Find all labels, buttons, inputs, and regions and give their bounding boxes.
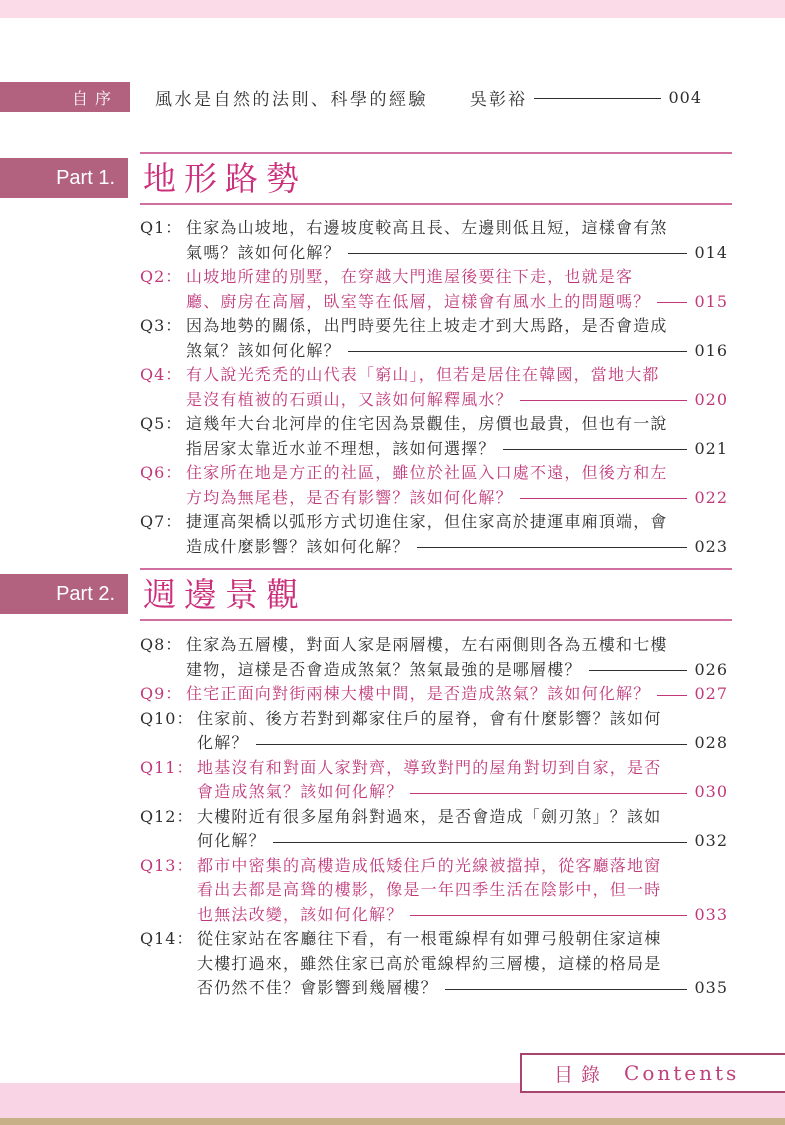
question-label: Q14： (140, 927, 193, 952)
question-item: Q7：捷運高架橋以弧形方式切進住家，但住家高於捷運車廂頂端，會造成什麼影響？該如… (140, 510, 728, 559)
page-number: 035 (694, 976, 728, 1001)
leader-line (503, 449, 688, 450)
question-text-line: 是沒有植被的石頭山，又該如何解釋風水？020 (140, 388, 728, 413)
question-text: 建物，這樣是否會造成煞氣？煞氣最強的是哪層樓？ (186, 658, 582, 683)
question-item: Q14：從住家站在客廳往下看，有一根電線桿有如彈弓般朝住家這棟大樓打過來，雖然住… (140, 927, 728, 1001)
bottom-edge-strip (0, 1118, 785, 1125)
question-item: Q8：住家為五層樓，對面人家是兩層樓，左右兩側則各為五樓和七樓建物，這樣是否會造… (140, 633, 728, 682)
leader-line (589, 670, 688, 671)
question-label: Q8： (140, 633, 182, 658)
question-text: 氣嗎？該如何化解？ (186, 241, 341, 266)
question-text-line: 住家前、後方若對到鄰家住戶的屋脊，會有什麼影響？該如何 (140, 707, 728, 732)
contents-title-zh: 目錄 (554, 1060, 608, 1087)
question-text-line: 建物，這樣是否會造成煞氣？煞氣最強的是哪層樓？026 (140, 658, 728, 683)
leader-line (534, 98, 661, 99)
question-label: Q1： (140, 216, 182, 241)
part-title: 週邊景觀 (143, 574, 307, 614)
question-text: 否仍然不佳？會影響到幾層樓？ (197, 976, 438, 1001)
page-number: 016 (694, 339, 728, 364)
question-text: 化解？ (197, 731, 249, 756)
leader-line (657, 302, 687, 303)
part-label-bar: Part 1. (0, 158, 128, 198)
question-label: Q13： (140, 854, 193, 879)
question-label: Q2： (140, 265, 182, 290)
question-text-line: 大樓附近有很多屋角斜對過來，是否會造成「劍刃煞」？該如 (140, 805, 728, 830)
question-text-line: 方均為無尾巷，是否有影響？該如何化解？022 (140, 486, 728, 511)
question-label: Q11： (140, 756, 193, 781)
divider-line (140, 203, 732, 205)
preface-title: 風水是自然的法則、科學的經驗 (155, 85, 428, 110)
preface-content: 風水是自然的法則、科學的經驗 吳彰裕 004 (155, 82, 702, 112)
question-item: Q4：有人說光禿禿的山代表「窮山」，但若是居住在韓國，當地大都是沒有植被的石頭山… (140, 363, 728, 412)
question-text-line: 化解？028 (140, 731, 728, 756)
question-text: 住宅正面向對街兩棟大樓中間，是否造成煞氣？該如何化解？ (186, 682, 650, 707)
page-number: 032 (694, 829, 728, 854)
question-text: 造成什麼影響？該如何化解？ (186, 535, 410, 560)
leader-line (520, 400, 688, 401)
question-label: Q10： (140, 707, 193, 732)
question-item: Q13：都市中密集的高樓造成低矮住戶的光線被擋掉，從客廳落地窗看出去都是高聳的樓… (140, 854, 728, 928)
leader-line (348, 253, 688, 254)
question-text-line: 捷運高架橋以弧形方式切進住家，但住家高於捷運車廂頂端，會 (140, 510, 728, 535)
question-label: Q9： (140, 682, 182, 707)
question-text-line: 氣嗎？該如何化解？014 (140, 241, 728, 266)
contents-title-en: Contents (624, 1061, 739, 1085)
part-title: 地形路勢 (143, 158, 307, 198)
question-text: 指居家太靠近水並不理想，該如何選擇？ (186, 437, 496, 462)
question-text-line: 也無法改變，該如何化解？033 (140, 903, 728, 928)
contents-box: 目錄 Contents (520, 1053, 785, 1093)
page-number: 022 (694, 486, 728, 511)
question-text-line: 住宅正面向對街兩棟大樓中間，是否造成煞氣？該如何化解？027 (140, 682, 728, 707)
question-text: 煞氣？該如何化解？ (186, 339, 341, 364)
question-text-line: 因為地勢的關係，出門時要先往上坡走才到大馬路，是否會造成 (140, 314, 728, 339)
question-text-line: 大樓打過來，雖然住家已高於電線桿約三層樓，這樣的格局是 (140, 952, 728, 977)
question-label: Q3： (140, 314, 182, 339)
question-item: Q11：地基沒有和對面人家對齊，導致對門的屋角對切到自家，是否會造成煞氣？該如何… (140, 756, 728, 805)
page-number: 014 (694, 241, 728, 266)
leader-line (520, 498, 688, 499)
question-text: 也無法改變，該如何化解？ (197, 903, 403, 928)
preface-label-bar: 自序 (0, 82, 130, 112)
question-text-line: 指居家太靠近水並不理想，該如何選擇？021 (140, 437, 728, 462)
page-number: 028 (694, 731, 728, 756)
page-number: 033 (694, 903, 728, 928)
question-text: 何化解？ (197, 829, 266, 854)
part-label-bar: Part 2. (0, 574, 128, 614)
page-number: 026 (694, 658, 728, 683)
question-item: Q3：因為地勢的關係，出門時要先往上坡走才到大馬路，是否會造成煞氣？該如何化解？… (140, 314, 728, 363)
part-label: Part 2. (56, 583, 128, 606)
question-label: Q6： (140, 461, 182, 486)
question-text-line: 造成什麼影響？該如何化解？023 (140, 535, 728, 560)
question-text: 是沒有植被的石頭山，又該如何解釋風水？ (186, 388, 513, 413)
question-text-line: 有人說光禿禿的山代表「窮山」，但若是居住在韓國，當地大都 (140, 363, 728, 388)
question-item: Q1：住家為山坡地，右邊坡度較高且長、左邊則低且短，這樣會有煞氣嗎？該如何化解？… (140, 216, 728, 265)
part-label: Part 1. (56, 167, 128, 190)
question-text-line: 住家為五層樓，對面人家是兩層樓，左右兩側則各為五樓和七樓 (140, 633, 728, 658)
question-text-line: 地基沒有和對面人家對齊，導致對門的屋角對切到自家，是否 (140, 756, 728, 781)
question-item: Q10：住家前、後方若對到鄰家住戶的屋脊，會有什麼影響？該如何化解？028 (140, 707, 728, 756)
page-number: 020 (694, 388, 728, 413)
preface-page-number: 004 (668, 88, 702, 107)
question-text-line: 山坡地所建的別墅，在穿越大門進屋後要往下走，也就是客 (140, 265, 728, 290)
question-text-line: 會造成煞氣？該如何化解？030 (140, 780, 728, 805)
toc-page: 自序 風水是自然的法則、科學的經驗 吳彰裕 004 Part 1.地形路勢Q1：… (0, 0, 785, 1125)
page-number: 027 (694, 682, 728, 707)
question-item: Q5：這幾年大台北河岸的住宅因為景觀佳，房價也最貴，但也有一說指居家太靠近水並不… (140, 412, 728, 461)
question-label: Q5： (140, 412, 182, 437)
top-decoration-band (0, 0, 785, 18)
question-text-line: 從住家站在客廳往下看，有一根電線桿有如彈弓般朝住家這棟 (140, 927, 728, 952)
question-text-line: 都市中密集的高樓造成低矮住戶的光線被擋掉，從客廳落地窗 (140, 854, 728, 879)
divider-line (140, 568, 732, 570)
question-text-line: 廳、廚房在高層，臥室等在低層，這樣會有風水上的問題嗎？015 (140, 290, 728, 315)
question-item: Q6：住家所在地是方正的社區，雖位於社區入口處不遠，但後方和左方均為無尾巷，是否… (140, 461, 728, 510)
question-item: Q9：住宅正面向對街兩棟大樓中間，是否造成煞氣？該如何化解？027 (140, 682, 728, 707)
leader-line (657, 695, 687, 696)
divider-line (140, 619, 732, 621)
page-number: 030 (694, 780, 728, 805)
question-list: Q1：住家為山坡地，右邊坡度較高且長、左邊則低且短，這樣會有煞氣嗎？該如何化解？… (140, 216, 728, 559)
divider-line (140, 152, 732, 154)
question-text: 會造成煞氣？該如何化解？ (197, 780, 403, 805)
leader-line (417, 547, 688, 548)
question-text-line: 住家為山坡地，右邊坡度較高且長、左邊則低且短，這樣會有煞 (140, 216, 728, 241)
question-label: Q12： (140, 805, 193, 830)
leader-line (410, 915, 687, 916)
preface-entry: 自序 風水是自然的法則、科學的經驗 吳彰裕 004 (0, 82, 785, 112)
question-item: Q12：大樓附近有很多屋角斜對過來，是否會造成「劍刃煞」？該如何化解？032 (140, 805, 728, 854)
leader-line (410, 793, 687, 794)
question-text: 廳、廚房在高層，臥室等在低層，這樣會有風水上的問題嗎？ (186, 290, 650, 315)
page-number: 021 (694, 437, 728, 462)
question-text-line: 這幾年大台北河岸的住宅因為景觀佳，房價也最貴，但也有一說 (140, 412, 728, 437)
question-item: Q2：山坡地所建的別墅，在穿越大門進屋後要往下走，也就是客廳、廚房在高層，臥室等… (140, 265, 728, 314)
page-number: 023 (694, 535, 728, 560)
preface-author: 吳彰裕 (470, 85, 527, 110)
question-list: Q8：住家為五層樓，對面人家是兩層樓，左右兩側則各為五樓和七樓建物，這樣是否會造… (140, 633, 728, 1001)
question-text: 方均為無尾巷，是否有影響？該如何化解？ (186, 486, 513, 511)
leader-line (445, 989, 688, 990)
question-text-line: 否仍然不佳？會影響到幾層樓？035 (140, 976, 728, 1001)
question-text-line: 看出去都是高聳的樓影，像是一年四季生活在陰影中，但一時 (140, 878, 728, 903)
page-number: 015 (694, 290, 728, 315)
question-label: Q7： (140, 510, 182, 535)
part-section-header: Part 1.地形路勢 (0, 152, 785, 208)
part-section-header: Part 2.週邊景觀 (0, 568, 785, 624)
question-label: Q4： (140, 363, 182, 388)
question-text-line: 住家所在地是方正的社區，雖位於社區入口處不遠，但後方和左 (140, 461, 728, 486)
leader-line (273, 842, 688, 843)
leader-line (256, 744, 688, 745)
question-text-line: 何化解？032 (140, 829, 728, 854)
preface-label: 自序 (72, 86, 130, 109)
question-text-line: 煞氣？該如何化解？016 (140, 339, 728, 364)
leader-line (348, 351, 688, 352)
